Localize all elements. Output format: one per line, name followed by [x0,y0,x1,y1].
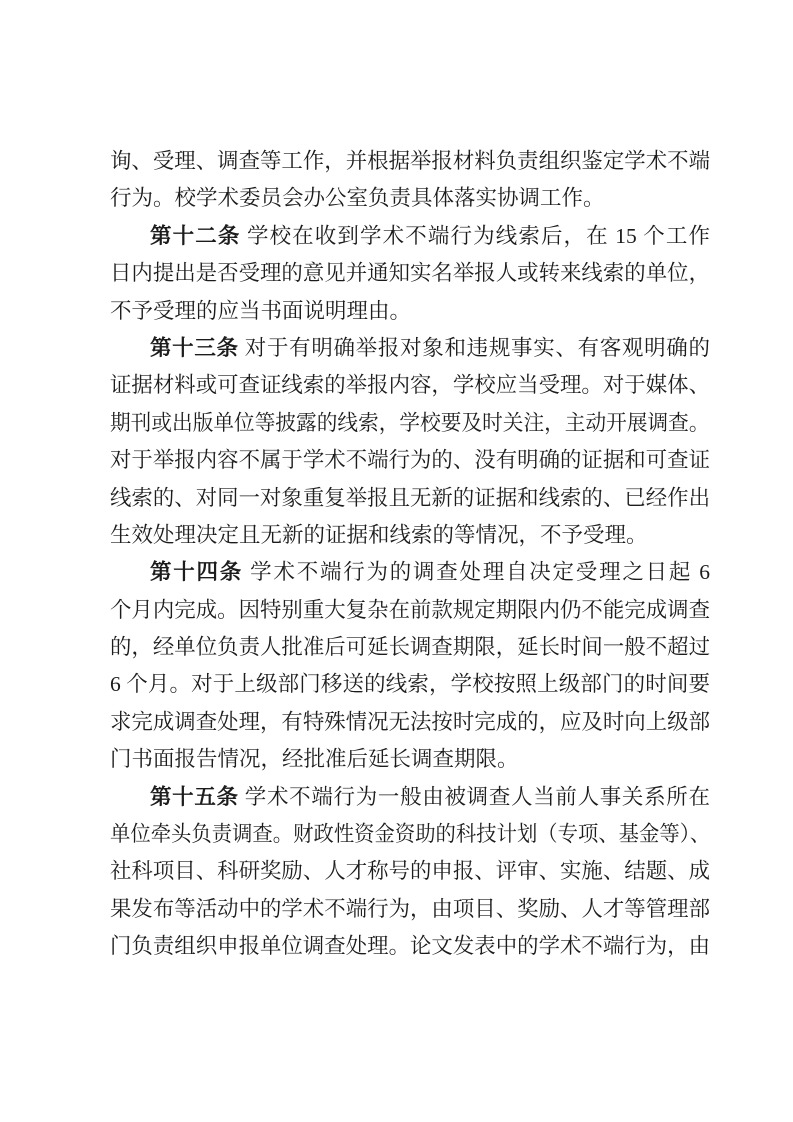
line-text: 学术不端行为的调查处理自决定受理之日起 6 [243,560,710,584]
line-text: 的，经单位负责人批准后可延长调查期限，延长时间一般不超过 [110,635,710,659]
document-line: 第十二条 学校在收到学术不端行为线索后，在 15 个工作 [110,218,710,255]
line-text: 对于有明确举报对象和违规事实、有客观明确的 [239,336,710,360]
line-text: 社科项目、科研奖励、人才称号的申报、评审、实施、结题、成 [110,859,710,883]
document-line: 的，经单位负责人批准后可延长调查期限，延长时间一般不超过 [110,629,708,666]
line-text: 单位牵头负责调查。财政性资金资助的科技计划（专项、基金等）、 [110,822,710,846]
document-line: 第十五条 学术不端行为一般由被调查人当前人事关系所在 [110,779,710,816]
line-text: 求完成调查处理，有特殊情况无法按时完成的，应及时向上级部 [110,710,710,734]
document-line: 门书面报告情况，经批准后延长调查期限。 [110,741,710,778]
line-text: 学术不端行为一般由被调查人当前人事关系所在 [239,785,710,809]
document-line: 单位牵头负责调查。财政性资金资助的科技计划（专项、基金等）、 [110,816,678,853]
document-line: 线索的、对同一对象重复举报且无新的证据和线索的、已经作出 [110,480,708,517]
document-line: 行为。校学术委员会办公室负责具体落实协调工作。 [110,180,710,217]
line-text: 不予受理的应当书面说明理由。 [110,299,411,323]
line-text: 对于举报内容不属于学术不端行为的、没有明确的证据和可查证 [110,448,710,472]
document-line: 日内提出是否受理的意见并通知实名举报人或转来线索的单位， [110,255,708,292]
document-line: 社科项目、科研奖励、人才称号的申报、评审、实施、结题、成 [110,853,708,890]
line-text: 6 个月。对于上级部门移送的线索，学校按照上级部门的时间要 [110,672,710,696]
line-text: 期刊或出版单位等披露的线索，学校要及时关注，主动开展调查。 [110,411,710,435]
line-text: 门书面报告情况，经批准后延长调查期限。 [110,747,519,771]
document-line: 不予受理的应当书面说明理由。 [110,293,710,330]
line-text: 生效处理决定且无新的证据和线索的等情况，不予受理。 [110,523,648,547]
document-line: 第十三条 对于有明确举报对象和违规事实、有客观明确的 [110,330,710,367]
article-heading: 第十五条 [150,785,239,809]
document-line: 期刊或出版单位等披露的线索，学校要及时关注，主动开展调查。 [110,405,687,442]
article-heading: 第十四条 [150,560,243,584]
document-line: 对于举报内容不属于学术不端行为的、没有明确的证据和可查证 [110,442,708,479]
line-text: 询、受理、调查等工作，并根据举报材料负责组织鉴定学术不端 [110,149,710,173]
line-text: 学校在收到学术不端行为线索后，在 15 个工作 [240,224,710,248]
document-line: 证据材料或可查证线索的举报内容，学校应当受理。对于媒体、 [110,367,708,404]
document-text-block: 询、受理、调查等工作，并根据举报材料负责组织鉴定学术不端行为。校学术委员会办公室… [110,143,710,966]
document-line: 询、受理、调查等工作，并根据举报材料负责组织鉴定学术不端 [110,143,708,180]
document-line: 生效处理决定且无新的证据和线索的等情况，不予受理。 [110,517,710,554]
document-line: 6 个月。对于上级部门移送的线索，学校按照上级部门的时间要 [110,666,710,703]
line-text: 个月内完成。因特别重大复杂在前款规定期限内仍不能完成调查 [110,598,710,622]
document-line: 第十四条 学术不端行为的调查处理自决定受理之日起 6 [110,554,710,591]
document-line: 果发布等活动中的学术不端行为，由项目、奖励、人才等管理部 [110,891,708,928]
document-line: 求完成调查处理，有特殊情况无法按时完成的，应及时向上级部 [110,704,708,741]
line-text: 证据材料或可查证线索的举报内容，学校应当受理。对于媒体、 [110,373,710,397]
article-heading: 第十三条 [150,336,239,360]
document-line: 门负责组织申报单位调查处理。论文发表中的学术不端行为，由 [110,928,708,965]
line-text: 果发布等活动中的学术不端行为，由项目、奖励、人才等管理部 [110,897,710,921]
line-text: 门负责组织申报单位调查处理。论文发表中的学术不端行为，由 [110,934,710,958]
article-heading: 第十二条 [150,224,240,248]
line-text: 行为。校学术委员会办公室负责具体落实协调工作。 [110,186,605,210]
line-text: 日内提出是否受理的意见并通知实名举报人或转来线索的单位， [110,261,710,285]
line-text: 线索的、对同一对象重复举报且无新的证据和线索的、已经作出 [110,486,710,510]
document-line: 个月内完成。因特别重大复杂在前款规定期限内仍不能完成调查 [110,592,708,629]
document-page: 询、受理、调查等工作，并根据举报材料负责组织鉴定学术不端行为。校学术委员会办公室… [0,0,793,1122]
